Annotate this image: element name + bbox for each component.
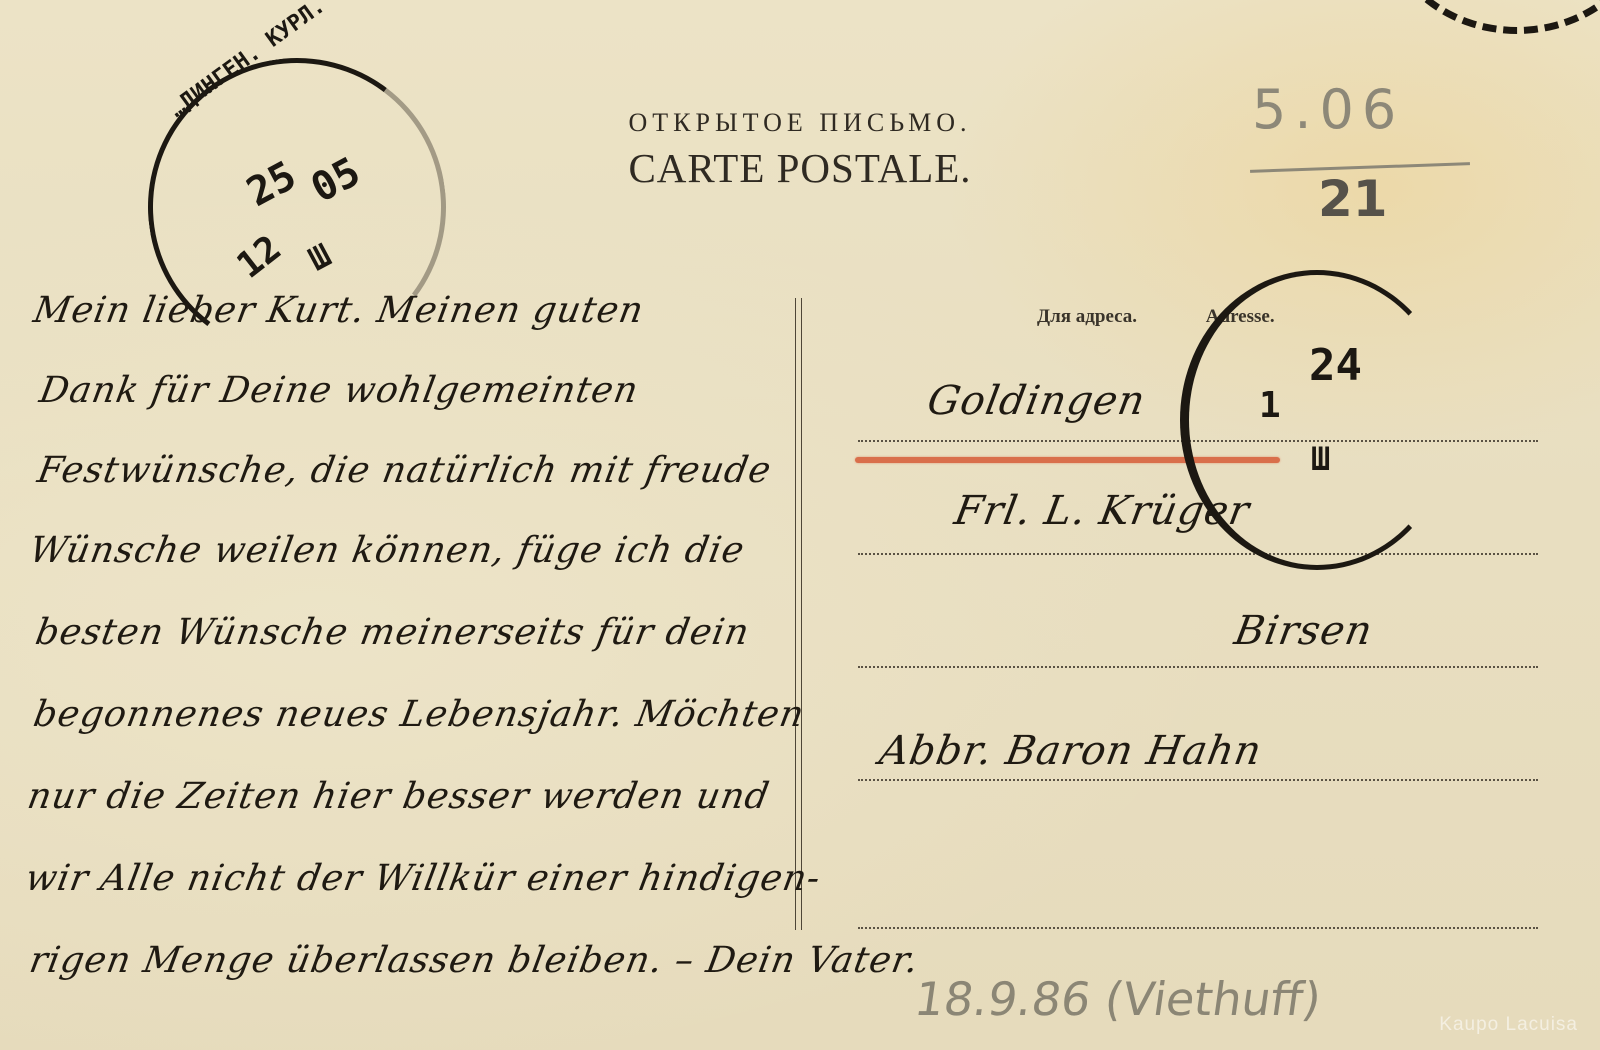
postmark-ring-text: …ДИНГЕН. КУРЛ. Г… [165, 0, 362, 123]
address-label-russian: Для адреса. [1037, 306, 1137, 327]
watermark: Kaupo Lacuisa [1439, 1014, 1578, 1036]
message-line: rigen Menge überlassen bleiben. – Dein V… [26, 940, 922, 981]
address-dotted-line [858, 666, 1538, 668]
header-title-french: CARTE POSTALE. [540, 144, 1060, 192]
address-note: Abbr. Baron Hahn [876, 728, 1266, 774]
message-line: Wünsche weilen können, füge ich die [26, 530, 748, 571]
arrival-postmark-series: Ш [1311, 440, 1330, 478]
address-crossed-out-town: Goldingen [924, 378, 1149, 424]
postcard-header: ОТКРЫТОЕ ПИСЬМО. CARTE POSTALE. [540, 108, 1060, 192]
message-line: Festwünsche, die natürlich mit freude [34, 450, 774, 491]
postmark-day: 25 [240, 153, 304, 216]
message-line: wir Alle nicht der Willkür einer hindige… [22, 858, 824, 899]
pencil-note-upper: 5.06 [1252, 78, 1404, 141]
address-city: Birsen [1231, 608, 1376, 654]
message-line: Mein lieber Kurt. Meinen guten [30, 290, 647, 331]
address-dotted-line [858, 553, 1538, 555]
header-title-russian: ОТКРЫТОЕ ПИСЬМО. [540, 108, 1060, 138]
message-line: nur die Zeiten hier besser werden und [24, 776, 772, 817]
postmark-year: 05 [304, 149, 368, 212]
pencil-note-bottom: 18.9.86 (Viethuff) [911, 972, 1324, 1026]
vertical-divider [795, 298, 802, 930]
message-line: begonnenes neues Lebensjahr. Möchten [30, 694, 807, 735]
message-line: besten Wünsche meinerseits für dein [32, 612, 752, 653]
arrival-postmark: 24 1 Ш [1180, 270, 1454, 570]
address-dotted-line [858, 779, 1538, 781]
postmark-series: Ш [302, 236, 337, 279]
arrival-postmark-month: 1 [1259, 385, 1281, 426]
message-line: Dank für Deine wohlgemeinten [36, 370, 641, 411]
partial-stamp-top-right [1380, 0, 1600, 34]
arrival-postmark-day: 24 [1309, 340, 1362, 391]
address-dotted-line [858, 927, 1538, 929]
pencil-note-lower: 21 [1318, 170, 1388, 228]
postmark-month: 12 [230, 228, 289, 287]
postcard-back: ОТКРЫТОЕ ПИСЬМО. CARTE POSTALE. …ДИНГЕН.… [0, 0, 1600, 1050]
